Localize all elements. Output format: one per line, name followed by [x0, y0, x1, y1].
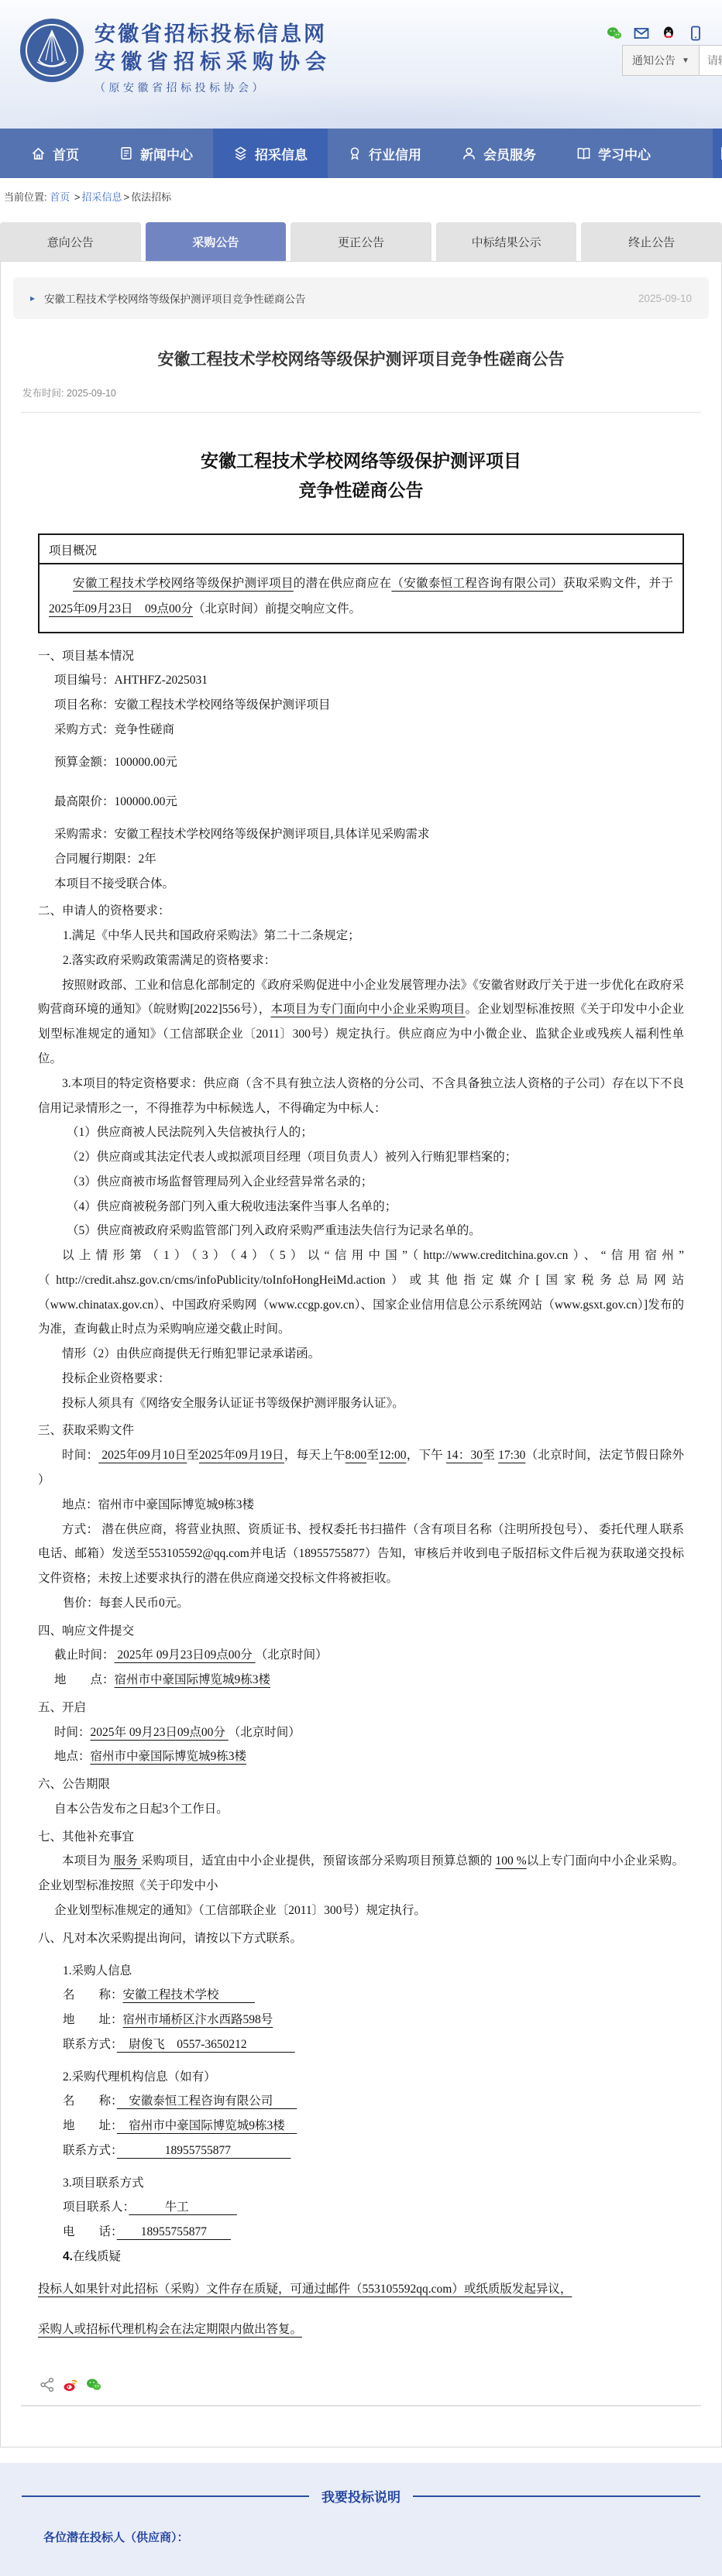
header-quick-icons [607, 26, 703, 41]
doc-paragraph: 电 话： 18955755877 [38, 2220, 684, 2245]
doc-paragraph: 自本公告发布之日起3个工作日。 [38, 1797, 684, 1822]
qq-icon[interactable] [661, 26, 676, 41]
header-searchbar: 通知公告 ▼ [622, 45, 722, 76]
doc-paragraph: 四、响应文件提交 [38, 1619, 684, 1644]
doc-paragraph: 八、凡对本次采购提出询问，请按以下方式联系。 [38, 1926, 684, 1951]
member-icon [462, 146, 476, 161]
nav-item-label: 招采信息 [255, 144, 308, 163]
doc-paragraph: 2.落实政府采购政策需满足的资格要求： [38, 948, 684, 973]
breadcrumb-separator: > [74, 191, 81, 203]
doc-paragraph: 时间： 2025年09月10日至2025年09月19日，每天上午8:00至12:… [38, 1443, 684, 1493]
document-paragraphs: 一、项目基本情况项目编号：AHTHFZ-2025031项目名称：安徽工程技术学校… [38, 644, 684, 2342]
share-row [40, 2377, 684, 2392]
doc-paragraph: 本项目不接受联合体。 [38, 872, 684, 897]
chevron-down-icon: ▼ [682, 57, 689, 65]
share-icon[interactable] [40, 2377, 55, 2392]
weibo-icon[interactable] [63, 2377, 78, 2392]
nav-item-credit[interactable]: 行业信用 [328, 129, 442, 178]
doc-paragraph: 1.满足《中华人民共和国政府采购法》第二十二条规定； [38, 924, 684, 948]
site-title: 安徽省招标投标信息网 安徽省招标采购协会 （原安徽省招标投标协会） [95, 20, 332, 95]
main-nav: 首页新闻中心招采信息行业信用会员服务学习中心 [0, 129, 722, 178]
breadcrumb: 当前位置: 首页 >招采信息>依法招标 [0, 178, 722, 211]
doc-paragraph: 3.本项目的特定资格要求：供应商（含不具有独立法人资格的分公司、不含具备独立法人… [38, 1072, 684, 1121]
site-title-line2: 安徽省招标采购协会 [95, 48, 332, 76]
doc-paragraph: 二、申请人的资格要求： [38, 899, 684, 924]
mail-icon[interactable] [634, 26, 649, 41]
doc-paragraph: 项目名称：安徽工程技术学校网络等级保护测评项目 [38, 693, 684, 718]
doc-paragraph: （2）供应商或其法定代表人或拟派项目经理（项目负责人）被列入行贿犯罪档案的； [38, 1145, 684, 1170]
doc-paragraph: 按照财政部、工业和信息化部制定的《政府采购促进中小企业发展管理办法》《安徽省财政… [38, 973, 684, 1072]
doc-paragraph: 以上情形第（1）（3）（4）（5）以“信用中国”（http://www.cred… [38, 1243, 684, 1342]
doc-paragraph: 项目编号：AHTHFZ-2025031 [38, 668, 684, 693]
bid-instructions-panel: 我要投标说明 各位潜在投标人（供应商）： [0, 2463, 722, 2576]
doc-paragraph: 地 点：宿州市中豪国际博览城9栋3楼 [38, 1668, 684, 1693]
doc-paragraph: 合同履行期限：2年 [38, 847, 684, 872]
doc-paragraph: 五、开启 [38, 1696, 684, 1720]
bid-salutation: 各位潜在投标人（供应商）： [43, 2529, 722, 2545]
doc-paragraph: 方式： 潜在供应商，将营业执照、资质证书、授权委托书扫描件（含有项目名称（注明所… [38, 1518, 684, 1591]
notice-date: 2025-09-10 [638, 293, 692, 304]
site-logo [19, 17, 85, 84]
bid-instructions-title: 我要投标说明 [321, 2486, 401, 2506]
doc-paragraph: 联系方式： 18955755877 [38, 2139, 684, 2163]
nav-item-procure[interactable]: 招采信息 [213, 129, 328, 178]
learn-icon [576, 146, 591, 161]
doc-paragraph: 企业划型标准规定的通知》（工信部联企业〔2011〕300号）规定执行。 [38, 1899, 684, 1923]
doc-paragraph: 1.采购人信息 [38, 1959, 684, 1984]
doc-paragraph: （3）供应商被市场监督管理局列入企业经营异常名录的； [38, 1170, 684, 1195]
nav-item-label: 首页 [53, 144, 79, 163]
doc-paragraph: 3.项目联系方式 [38, 2171, 684, 2196]
notice-list-item[interactable]: ▸ 安徽工程技术学校网络等级保护测评项目竞争性磋商公告 2025-09-10 [13, 277, 709, 319]
doc-paragraph: 最高限价：100000.00元 [38, 790, 684, 815]
doc-paragraph: 投标人如果针对此招标（采购）文件存在质疑，可通过邮件（553105592qq.c… [38, 2277, 684, 2302]
tab-中标结果公示[interactable]: 中标结果公示 [436, 222, 577, 261]
divider-line [22, 2495, 309, 2497]
search-input[interactable] [700, 45, 722, 76]
publish-time: 发布时间: 2025-09-10 [22, 386, 701, 400]
doc-paragraph: 售价：每套人民币0元。 [38, 1591, 684, 1616]
mobile-icon[interactable] [688, 26, 703, 41]
breadcrumb-item[interactable]: 招采信息 [81, 191, 122, 203]
doc-paragraph: 项目联系人： 牛工 [38, 2195, 684, 2220]
project-overview-box: 项目概况 安徽工程技术学校网络等级保护测评项目的潜在供应商应在（安徽泰恒工程咨询… [38, 533, 684, 633]
notice-title: 安徽工程技术学校网络等级保护测评项目竞争性磋商公告 [44, 290, 306, 306]
doc-paragraph: 时间：2025年 09月23日09点00分 （北京时间） [38, 1720, 684, 1745]
project-overview-body: 安徽工程技术学校网络等级保护测评项目的潜在供应商应在（安徽泰恒工程咨询有限公司）… [40, 564, 682, 632]
nav-item-label: 会员服务 [483, 144, 536, 163]
page-title: 安徽工程技术学校网络等级保护测评项目竞争性磋商公告 [21, 347, 701, 370]
project-overview-header: 项目概况 [40, 535, 682, 564]
wechat-icon[interactable] [607, 26, 622, 41]
caret-right-icon: ▸ [30, 293, 35, 304]
document-title: 安徽工程技术学校网络等级保护测评项目 竞争性磋商公告 [38, 447, 684, 506]
doc-paragraph: 名 称： 安徽泰恒工程咨询有限公司 [38, 2089, 684, 2114]
nav-item-label: 学习中心 [598, 144, 651, 163]
doc-paragraph: 七、其他补充事宜 [38, 1825, 684, 1850]
procure-icon [233, 146, 248, 161]
doc-paragraph: 三、获取采购文件 [38, 1418, 684, 1443]
document-title-line1: 安徽工程技术学校网络等级保护测评项目 [38, 447, 684, 476]
nav-item-home[interactable]: 首页 [11, 129, 99, 178]
tab-更正公告[interactable]: 更正公告 [291, 222, 431, 261]
doc-paragraph: 2.采购代理机构信息（如有） [38, 2065, 684, 2090]
doc-paragraph: 地点：宿州市中豪国际博览城9栋3楼 [38, 1744, 684, 1769]
news-icon [119, 146, 133, 160]
search-category-label: 通知公告 [632, 53, 676, 68]
tab-终止公告[interactable]: 终止公告 [581, 222, 722, 261]
doc-paragraph: 地 址：宿州市埇桥区汴水西路598号 [38, 2008, 684, 2032]
tab-bar: 意向公告采购公告更正公告中标结果公示终止公告 [0, 222, 722, 261]
doc-paragraph: 本项目为 服务 采购项目，适宜由中小企业提供，预留该部分采购项目预算总额的 10… [38, 1849, 684, 1899]
nav-item-learn[interactable]: 学习中心 [556, 129, 671, 178]
doc-paragraph: 采购人或招标代理机构会在法定期限内做出答复。 [38, 2317, 684, 2342]
doc-paragraph: （1）供应商被人民法院列入失信被执行人的； [38, 1120, 684, 1145]
doc-paragraph: 一、项目基本情况 [38, 644, 684, 669]
home-icon [31, 146, 46, 161]
content-panel: ▸ 安徽工程技术学校网络等级保护测评项目竞争性磋商公告 2025-09-10 安… [0, 261, 722, 2447]
doc-paragraph: 采购方式：竞争性磋商 [38, 718, 684, 743]
doc-paragraph: 六、公告期限 [38, 1772, 684, 1797]
doc-paragraph: （4）供应商被税务部门列入重大税收违法案件当事人名单的； [38, 1195, 684, 1219]
tab-意向公告[interactable]: 意向公告 [0, 222, 141, 261]
breadcrumb-prefix: 当前位置: [4, 191, 50, 203]
doc-paragraph: 地 址： 宿州市中豪国际博览城9栋3楼 [38, 2114, 684, 2139]
nav-item-label: 行业信用 [369, 144, 421, 163]
document-body: 安徽工程技术学校网络等级保护测评项目 竞争性磋商公告 项目概况 安徽工程技术学校… [21, 413, 701, 2392]
breadcrumb-item: 依法招标 [131, 191, 171, 203]
credit-icon [348, 146, 362, 160]
document-title-line2: 竞争性磋商公告 [38, 476, 684, 506]
search-category-dropdown[interactable]: 通知公告 ▼ [622, 45, 700, 76]
doc-paragraph: 截止时间： 2025年 09月23日09点00分 （北京时间） [38, 1643, 684, 1668]
doc-paragraph: 情形（2）由供应商提供无行贿犯罪记录承诺函。 [38, 1342, 684, 1367]
breadcrumb-item[interactable]: 首页 [50, 191, 70, 203]
nav-item-partial[interactable] [713, 129, 722, 178]
doc-paragraph: 投标企业资格要求： [38, 1367, 684, 1391]
wechat-share-icon[interactable] [86, 2377, 101, 2392]
bid-instructions-header: 我要投标说明 [22, 2486, 700, 2506]
doc-paragraph: 联系方式： 尉俊飞 0557-3650212 [38, 2032, 684, 2057]
article: 安徽工程技术学校网络等级保护测评项目竞争性磋商公告 发布时间: 2025-09-… [1, 347, 721, 2447]
breadcrumb-separator: > [123, 191, 129, 203]
nav-item-news[interactable]: 新闻中心 [99, 129, 213, 178]
nav-item-member[interactable]: 会员服务 [442, 129, 556, 178]
doc-paragraph: 采购需求：安徽工程技术学校网络等级保护测评项目,具体详见采购需求 [38, 822, 684, 847]
doc-paragraph: （5）供应商被政府采购监管部门列入政府采购严重违法失信行为记录名单的。 [38, 1219, 684, 1243]
site-header: 安徽省招标投标信息网 安徽省招标采购协会 （原安徽省招标投标协会） 通知公告 ▼ [0, 0, 722, 129]
nav-item-label: 新闻中心 [140, 144, 193, 163]
site-title-line3: （原安徽省招标投标协会） [95, 80, 332, 95]
doc-paragraph: 4.在线质疑 [38, 2245, 684, 2269]
doc-paragraph: 预算金额：100000.00元 [38, 750, 684, 775]
doc-paragraph: 投标人须具有《网络安全服务认证证书等级保护测评服务认证》。 [38, 1391, 684, 1416]
site-title-line1: 安徽省招标投标信息网 [95, 20, 332, 48]
tab-采购公告[interactable]: 采购公告 [146, 222, 287, 261]
doc-paragraph: 地点：宿州市中豪国际博览城9栋3楼 [38, 1493, 684, 1518]
divider-line [413, 2495, 700, 2497]
doc-paragraph: 名 称：安徽工程技术学校 [38, 1983, 684, 2008]
